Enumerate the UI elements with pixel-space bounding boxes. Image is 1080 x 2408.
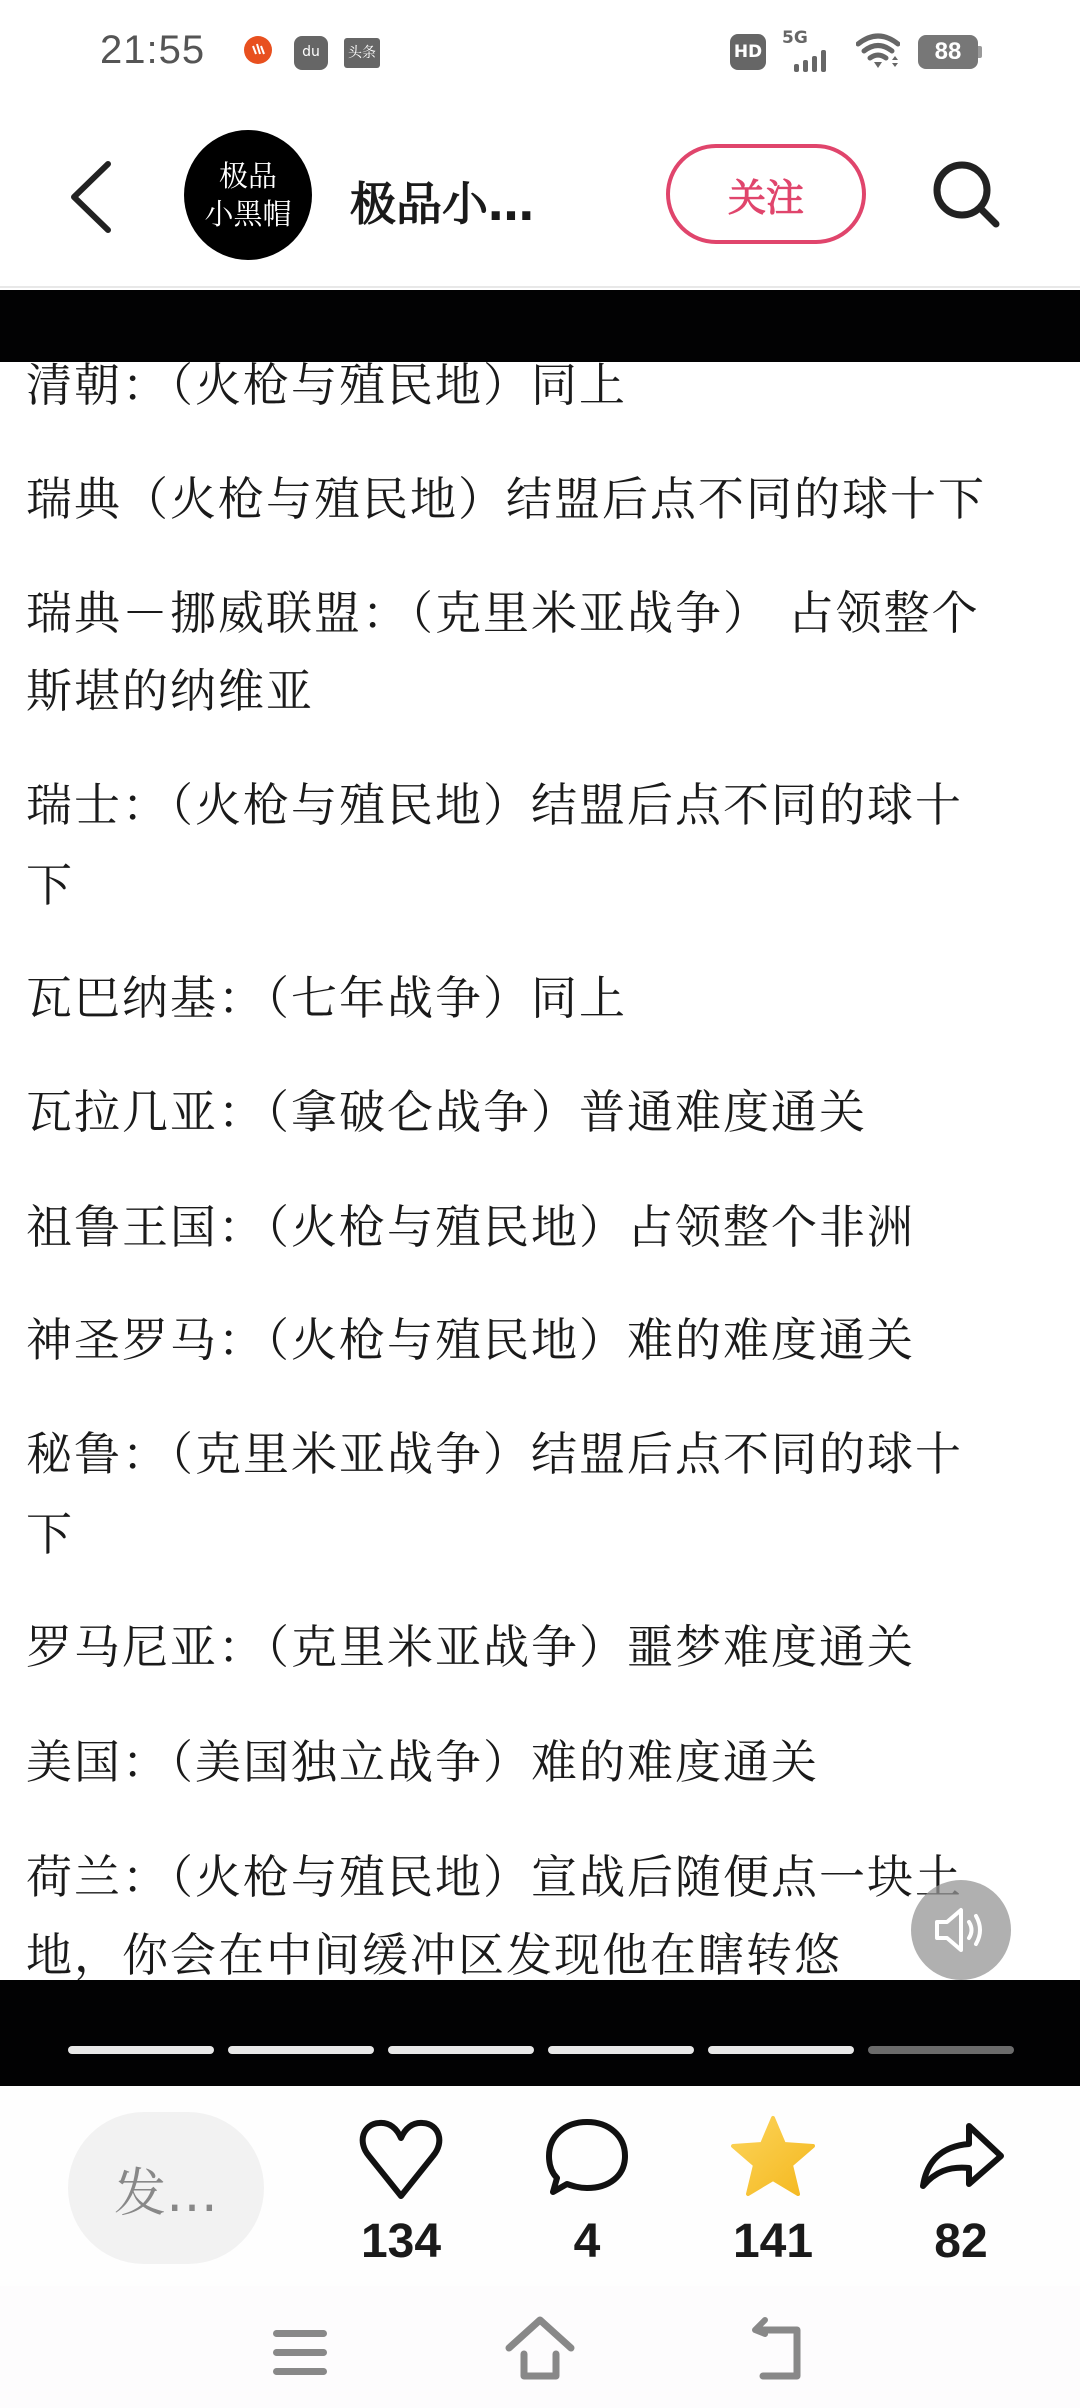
text-line: 瓦拉几亚：（拿破仑战争）普通难度通关: [26, 1089, 867, 1135]
back-button[interactable]: [62, 152, 132, 242]
recent-apps-button[interactable]: [255, 2312, 345, 2392]
share-count: 82: [896, 2214, 1026, 2269]
star-filled-icon: [725, 2114, 821, 2204]
comment-bubble-icon: [539, 2114, 635, 2204]
text-line: 清朝：（火枪与殖民地）同上: [26, 362, 627, 408]
text-line: 下: [26, 1511, 74, 1557]
page-segment-4[interactable]: [548, 2046, 694, 2054]
favorite-count: 141: [708, 2214, 838, 2269]
like-count: 134: [336, 2214, 466, 2269]
post-image-content[interactable]: 清朝：（火枪与殖民地）同上 瑞典（火枪与殖民地）结盟后点不同的球十下 瑞典－挪威…: [0, 362, 1080, 1980]
text-line: 瑞典－挪威联盟：（克里米亚战争） 占领整个: [26, 590, 980, 636]
page-segment-3[interactable]: [388, 2046, 534, 2054]
text-line: 罗马尼亚：（克里米亚战争）噩梦难度通关: [26, 1624, 915, 1670]
favorite-button[interactable]: 141: [708, 2106, 838, 2276]
search-button[interactable]: [926, 154, 1006, 234]
status-time: 21:55: [100, 28, 205, 73]
comment-input[interactable]: 发…: [68, 2112, 264, 2264]
page-segment-1[interactable]: [68, 2046, 214, 2054]
hd-voice-icon: HD: [730, 34, 766, 70]
share-arrow-icon: [913, 2114, 1009, 2204]
text-line: 斯堪的纳维亚: [26, 668, 314, 714]
text-line: 下: [26, 862, 74, 908]
heart-icon: [353, 2114, 449, 2204]
speaker-icon: [931, 1905, 991, 1955]
signal-icon: 5G: [782, 28, 842, 72]
image-letterbox-top: [0, 290, 1080, 362]
post-header: 极品 小黑帽 极品小… 关注: [0, 110, 1080, 288]
page-segment-6-current[interactable]: [868, 2046, 1014, 2054]
system-navigation-bar: [0, 2286, 1080, 2408]
avatar-text-line1: 极品: [219, 157, 277, 195]
avatar-text-line2: 小黑帽: [204, 195, 291, 233]
comment-button[interactable]: 4: [522, 2106, 652, 2276]
sound-toggle-button[interactable]: [911, 1880, 1011, 1980]
page-segment-2[interactable]: [228, 2046, 374, 2054]
author-avatar[interactable]: 极品 小黑帽: [184, 130, 312, 260]
text-line: 秘鲁：（克里米亚战争）结盟后点不同的球十: [26, 1431, 963, 1477]
follow-button[interactable]: 关注: [666, 144, 866, 244]
text-line: 荷兰：（火枪与殖民地）宣战后随便点一块土: [26, 1854, 963, 1900]
chevron-left-icon: [62, 152, 132, 242]
wifi-icon: [856, 32, 900, 70]
carousel-page-indicator: [68, 2046, 1014, 2054]
text-line: 瑞典（火枪与殖民地）结盟后点不同的球十下: [26, 476, 986, 522]
system-back-button[interactable]: [735, 2312, 825, 2392]
share-button[interactable]: 82: [896, 2106, 1026, 2276]
text-line: 瓦巴纳基：（七年战争）同上: [26, 975, 627, 1021]
text-line: 瑞士：（火枪与殖民地）结盟后点不同的球十: [26, 782, 963, 828]
du-search-icon: du: [294, 36, 328, 70]
text-line: 祖鲁王国：（火枪与殖民地）占领整个非洲: [26, 1204, 915, 1250]
author-name[interactable]: 极品小…: [350, 168, 534, 234]
text-line: 地，你会在中间缓冲区发现他在瞎转悠: [26, 1932, 842, 1978]
app-notification-icon: [244, 36, 272, 64]
toutiao-icon: 头条: [344, 38, 380, 68]
battery-icon: 88: [918, 35, 978, 69]
back-return-icon: [735, 2312, 825, 2392]
image-letterbox-bottom: [0, 1980, 1080, 2086]
home-icon: [495, 2312, 585, 2392]
text-line: 神圣罗马：（火枪与殖民地）难的难度通关: [26, 1317, 915, 1363]
home-button[interactable]: [495, 2312, 585, 2392]
search-icon: [926, 154, 1006, 234]
text-line: 美国：（美国独立战争）难的难度通关: [26, 1739, 819, 1785]
action-bar: 发… 134 4 141 82: [0, 2086, 1080, 2286]
battery-tip: [978, 46, 982, 58]
network-type: 5G: [782, 28, 808, 48]
status-bar: 21:55 du 头条 HD 5G 88: [0, 0, 1080, 110]
menu-icon: [255, 2312, 345, 2392]
comment-count: 4: [522, 2214, 652, 2269]
like-button[interactable]: 134: [336, 2106, 466, 2276]
page-segment-5[interactable]: [708, 2046, 854, 2054]
